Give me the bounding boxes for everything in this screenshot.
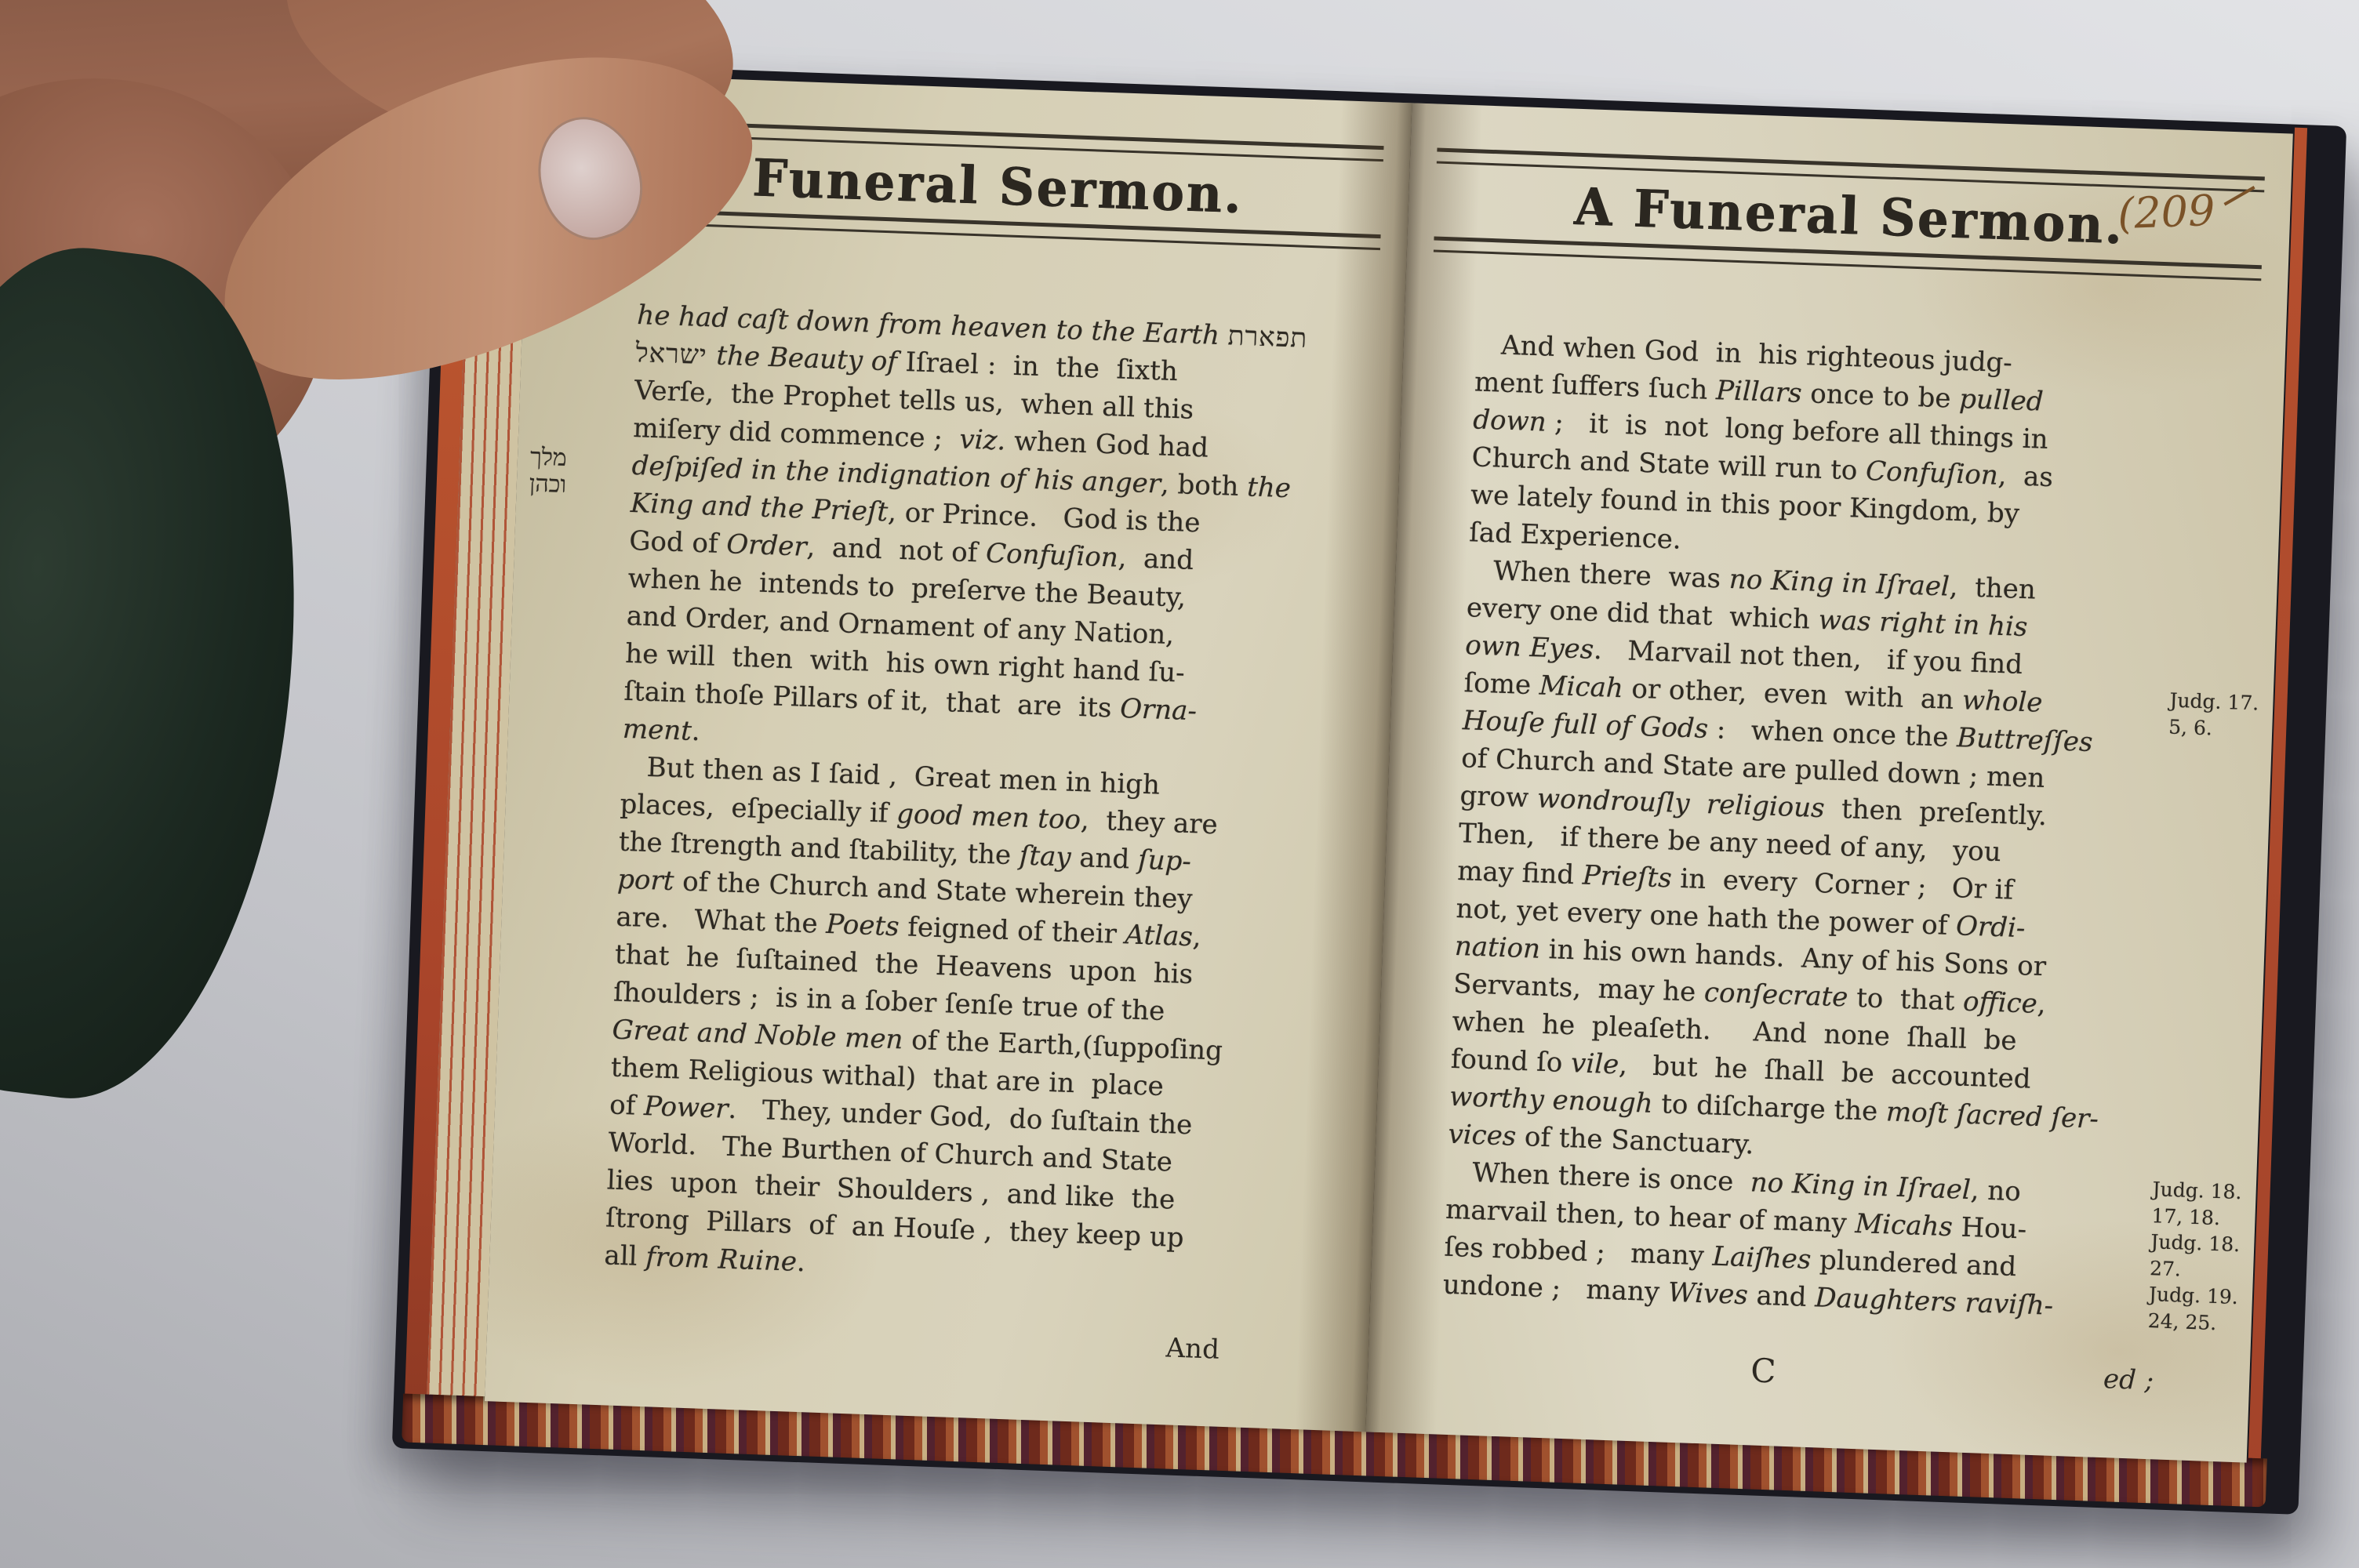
- text-segment: Poets: [826, 909, 900, 942]
- text-segment: .: [796, 1247, 805, 1278]
- catchword-left: And: [1165, 1332, 1220, 1365]
- text-segment: nation: [1454, 931, 1540, 965]
- text-segment: worthy enough: [1449, 1081, 1654, 1120]
- text-segment: , no: [1970, 1174, 2021, 1207]
- text-segment: Confuſion: [985, 538, 1118, 574]
- text-segment: places, eſpecially if: [620, 789, 897, 829]
- margin-note: 17, 18.: [2151, 1204, 2220, 1230]
- text-segment: Iſrael : in the ſixth: [905, 347, 1178, 387]
- text-segment: the: [1246, 471, 1291, 504]
- text-segment: Houſe full of Gods: [1462, 705, 1708, 745]
- text-segment: , and not of: [806, 532, 987, 569]
- text-segment: , and: [1118, 543, 1194, 576]
- text-segment: office: [1962, 986, 2037, 1020]
- text-segment: ſtay: [1019, 840, 1071, 873]
- signature-mark: C: [1750, 1351, 1776, 1390]
- text-segment: Daughters raviſh-: [1815, 1282, 2054, 1322]
- text-segment: no King in Iſrael: [1728, 564, 1950, 603]
- text-segment: Buttreſſes: [1957, 722, 2094, 758]
- text-segment: Atlas: [1125, 919, 1194, 953]
- text-segment: whole: [1961, 684, 2043, 719]
- text-segment: , both: [1160, 468, 1248, 503]
- text-segment: own Eyes: [1465, 630, 1594, 666]
- text-segment: ſome: [1463, 667, 1540, 701]
- text-segment: Power: [643, 1091, 729, 1125]
- text-segment: and: [1070, 842, 1139, 876]
- margin-note: מלך: [529, 443, 567, 472]
- handwritten-folio-right: (209: [2117, 186, 2215, 238]
- text-segment: to diſcharge the: [1652, 1088, 1887, 1127]
- text-segment: no King in Iſrael: [1750, 1167, 1971, 1206]
- text-segment: ,: [1192, 921, 1201, 953]
- margin-note: 27.: [2150, 1257, 2182, 1281]
- text-segment: Confuſion: [1865, 456, 1998, 492]
- text-segment: Order: [726, 528, 808, 563]
- photo-scene: (208 A Funeral Sermon. מלךוכהן he had ca…: [0, 0, 2359, 1568]
- text-segment: ſes robbed ; many: [1444, 1232, 1713, 1272]
- text-segment: When there was: [1467, 554, 1730, 595]
- margin-note: Judg. 17.: [2169, 689, 2259, 716]
- hebrew-text: ישראל: [635, 337, 717, 372]
- text-segment: Micah: [1539, 670, 1623, 705]
- text-segment: Orna-: [1120, 693, 1198, 727]
- book: (208 A Funeral Sermon. מלךוכהן he had ca…: [392, 60, 2346, 1515]
- text-segment: when God had: [1005, 426, 1209, 464]
- margin-note: 5, 6.: [2168, 715, 2213, 740]
- text-area-right: And when God in his righteous judg-ment …: [1370, 323, 2285, 1331]
- text-segment: wondrouſly religious: [1536, 782, 1825, 824]
- text-segment: undone ; many: [1442, 1269, 1668, 1308]
- signature-row: C ed ;: [1440, 1341, 2146, 1403]
- margin-note: 24, 25.: [2147, 1309, 2216, 1335]
- open-pages: (208 A Funeral Sermon. מלךוכהן he had ca…: [485, 72, 2293, 1462]
- catchword-right: ed ;: [2103, 1363, 2154, 1396]
- text-segment: moſt ſacred ſer-: [1885, 1096, 2099, 1134]
- text-segment: good men too: [896, 798, 1081, 836]
- text-segment: ment ſuffers ſuch: [1474, 366, 1716, 406]
- text-segment: , as: [1997, 460, 2054, 493]
- text-segment: may find: [1457, 855, 1583, 891]
- text-segment: once to be: [1801, 378, 1960, 415]
- text-segment: then preſently.: [1824, 793, 2048, 832]
- text-segment: Wives: [1667, 1277, 1748, 1312]
- text-segment: , they are: [1080, 804, 1218, 840]
- text-segment: conſecrate: [1703, 977, 1848, 1013]
- text-segment: : when once the: [1707, 713, 1957, 753]
- margin-note: Judg. 18.: [2152, 1178, 2242, 1204]
- text-segment: the Beauty of: [716, 340, 907, 378]
- text-segment: plundered and: [1811, 1244, 2017, 1283]
- page-right[interactable]: (209 A Funeral Sermon. And when God in h…: [1365, 103, 2293, 1462]
- text-segment: was right in his: [1818, 604, 2028, 643]
- text-segment: all: [604, 1240, 646, 1272]
- text-segment: grow: [1459, 780, 1538, 814]
- text-segment: Laiſhes: [1712, 1241, 1812, 1276]
- text-segment: Ordi-: [1955, 910, 2026, 944]
- text-segment: feigned of their: [899, 911, 1125, 950]
- text-segment: Prieſts: [1582, 860, 1672, 895]
- text-segment: and: [1747, 1279, 1816, 1313]
- text-segment: vices: [1448, 1119, 1517, 1152]
- text-segment: found ſo: [1450, 1044, 1572, 1079]
- text-segment: ſup-: [1137, 844, 1191, 877]
- text-segment: ,: [2037, 989, 2046, 1020]
- text-segment: ſad Experience.: [1469, 517, 1682, 555]
- text-segment: Hou-: [1952, 1211, 2027, 1245]
- margin-note: Judg. 19.: [2148, 1283, 2238, 1309]
- text-segment: ment: [622, 713, 692, 747]
- margin-note: וכהן: [529, 470, 566, 499]
- text-segment: King and the Prieſt: [630, 488, 889, 528]
- text-segment: Servants, may he: [1453, 968, 1705, 1008]
- margin-note: Judg. 18.: [2150, 1230, 2241, 1257]
- text-area-left: מלךוכהן he had caſt down from heaven to …: [489, 292, 1405, 1301]
- body-text-right: And when God in his righteous judg-ment …: [1442, 325, 2182, 1328]
- text-segment: vile: [1570, 1047, 1619, 1080]
- text-segment: port: [617, 864, 675, 897]
- text-segment: are. What the: [616, 902, 827, 940]
- text-segment: God of: [629, 525, 727, 560]
- text-segment: to that: [1848, 982, 1964, 1017]
- text-segment: of the Sanctuary.: [1516, 1121, 1754, 1161]
- text-segment: Micahs: [1855, 1208, 1954, 1243]
- text-segment: viz.: [959, 424, 1006, 457]
- body-text-left: he had caſt down from heaven to the Eart…: [604, 296, 1343, 1299]
- text-segment: down: [1473, 404, 1547, 437]
- text-segment: Pillars: [1715, 375, 1802, 409]
- text-segment: .: [691, 716, 700, 747]
- text-segment: of: [609, 1089, 645, 1122]
- text-segment: from Ruine: [645, 1241, 798, 1278]
- text-segment: pulled: [1959, 383, 2045, 418]
- hebrew-text: תפארת: [1227, 320, 1308, 354]
- text-segment: , then: [1949, 572, 2036, 606]
